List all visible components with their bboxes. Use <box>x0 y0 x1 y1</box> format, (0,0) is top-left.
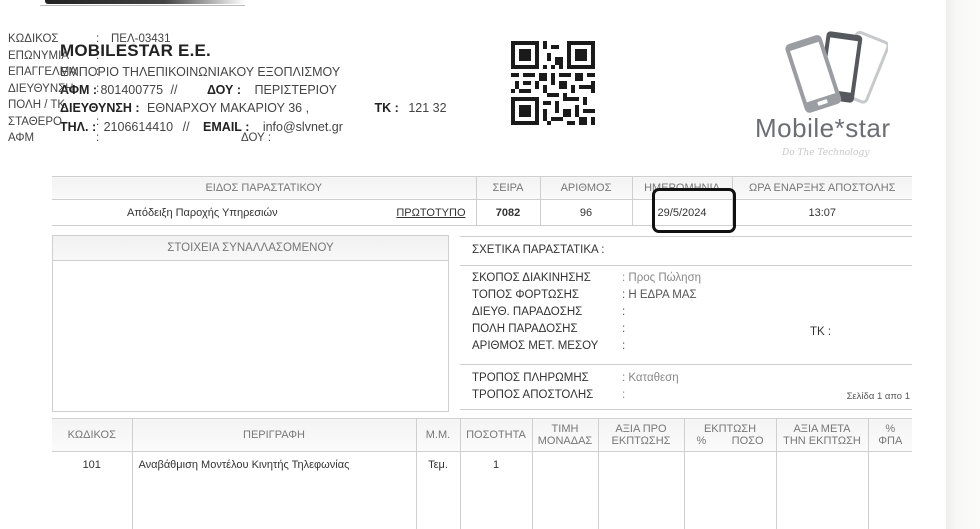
field-label: ΑΡΙΘΜΟΣ ΜΕΤ. ΜΕΣΟΥ <box>472 340 622 357</box>
transport-field: ΠΟΛΗ ΠΑΡΑΔΟΣΗΣ : <box>472 323 701 340</box>
document-type-cell: Απόδειξη Παροχής Υπηρεσιών ΠΡΩΤΟΤΥΠΟ <box>52 200 476 226</box>
col-description: ΠΕΡΙΓΡΑΦΗ <box>132 419 416 452</box>
customer-details-box: ΣΤΟΙΧΕΙΑ ΣΥΝΑΛΛΑΣΟΜΕΝΟΥ <box>52 235 449 412</box>
item-description: Αναβάθμιση Μοντέλου Κινητής Τηλεφωνίας <box>132 452 416 478</box>
customer-phone <box>111 116 231 133</box>
movement-purpose: : Προς Πώληση <box>622 272 701 289</box>
field-label: ΕΠΩΝΥΜΙΑ <box>8 50 96 67</box>
col-unit: Μ.Μ. <box>416 419 460 452</box>
shipping-method: : <box>622 389 625 406</box>
transport-field: ΣΚΟΠΟΣ ΔΙΑΚΙΝΗΣΗΣ : Προς Πώληση <box>472 272 701 289</box>
delivery-tk-label: ΤΚ : <box>810 326 831 338</box>
copy-type: ΠΡΩΤΟΤΥΠΟ <box>396 207 465 219</box>
qr-code-icon <box>511 41 595 125</box>
brand-tagline: Do The Technology <box>782 148 869 158</box>
email-value: info@slvnet.gr <box>263 120 343 134</box>
header-document-type: ΕΙΔΟΣ ΠΑΡΑΣΤΑΤΙΚΟΥ <box>52 177 476 200</box>
document-type: Απόδειξη Παροχής Υπηρεσιών <box>127 207 278 219</box>
tk-value: 121 32 <box>408 101 446 115</box>
customer-address <box>111 83 231 100</box>
customer-field: ΑΦΜ: ΔΟΥ : <box>8 132 271 149</box>
customer-profession <box>111 66 231 83</box>
transport-field: ΔΙΕΥΘ. ΠΑΡΑΔΟΣΗΣ : <box>472 306 701 323</box>
customer-field: ΠΟΛΗ / ΤΚ. <box>8 99 271 116</box>
number-value: 96 <box>540 200 632 226</box>
field-label: ΠΟΛΗ ΠΑΡΑΔΟΣΗΣ <box>472 323 622 340</box>
document-info-values: Απόδειξη Παροχής Υπηρεσιών ΠΡΩΤΟΤΥΠΟ 708… <box>52 200 912 226</box>
field-label: ΔΙΕΥΘ. ΠΑΡΑΔΟΣΗΣ <box>472 306 622 323</box>
payment-details: ΤΡΟΠΟΣ ΠΛΗΡΩΜΗΣ : Καταθεση ΤΡΟΠΟΣ ΑΠΟΣΤΟ… <box>460 364 912 410</box>
scan-edge-mark <box>45 0 245 4</box>
item-code: 101 <box>52 452 132 478</box>
field-label: ΤΡΟΠΟΣ ΑΠΟΣΤΟΛΗΣ <box>472 389 622 406</box>
customer-code: ΠΕΛ-03431 <box>111 33 231 50</box>
line-items-table: ΚΩΔΙΚΟΣ ΠΕΡΙΓΡΑΦΗ Μ.Μ. ΠΟΣΟΤΗΤΑ ΤΙΜΗΜΟΝΑ… <box>52 418 912 529</box>
col-quantity: ΠΟΣΟΤΗΤΑ <box>460 419 532 452</box>
phones-icon <box>778 28 888 114</box>
vehicle-number: : <box>622 340 625 357</box>
related-documents-label: ΣΧΕΤΙΚΑ ΠΑΡΑΣΤΑΤΙΚΑ : <box>472 244 604 256</box>
date-highlight-box <box>652 188 736 233</box>
field-label: ΑΦΜ <box>8 132 96 149</box>
field-label: ΤΡΟΠΟΣ ΠΛΗΡΩΜΗΣ <box>472 372 622 389</box>
transport-details: ΣΚΟΠΟΣ ΔΙΑΚΙΝΗΣΗΣ : Προς Πώληση ΤΟΠΟΣ ΦΟ… <box>472 272 701 357</box>
customer-field: ΕΠΩΝΥΜΙΑ: <box>8 50 271 67</box>
field-label: ΣΤΑΘΕΡΟ <box>8 116 96 133</box>
table-row: 101 Αναβάθμιση Μοντέλου Κινητής Τηλεφωνί… <box>52 452 912 478</box>
field-label: ΔΙΕΥΘΥΝΣΗ <box>8 83 96 100</box>
payment-field: ΤΡΟΠΟΣ ΠΛΗΡΩΜΗΣ : Καταθεση <box>472 372 679 389</box>
header-dispatch-time: ΩΡΑ ΕΝΑΡΞΗΣ ΑΠΟΣΤΟΛΗΣ <box>732 177 912 200</box>
customer-field: ΔΙΕΥΘΥΝΣΗ: <box>8 83 271 100</box>
item-value-before <box>598 452 684 478</box>
tk-label: ΤΚ <box>375 101 392 115</box>
related-documents: ΣΧΕΤΙΚΑ ΠΑΡΑΣΤΑΤΙΚΑ : <box>460 236 912 266</box>
header-series: ΣΕΙΡΑ <box>476 177 540 200</box>
document-info-table: ΕΙΔΟΣ ΠΑΡΑΣΤΑΤΙΚΟΥ ΣΕΙΡΑ ΑΡΙΘΜΟΣ ΗΜΕΡΟΜΗ… <box>52 176 912 226</box>
item-discount <box>684 452 776 478</box>
document-info-header: ΕΙΔΟΣ ΠΑΡΑΣΤΑΤΙΚΟΥ ΣΕΙΡΑ ΑΡΙΘΜΟΣ ΗΜΕΡΟΜΗ… <box>52 177 912 200</box>
page-indicator: Σελίδα 1 απο 1 <box>847 391 910 402</box>
table-row-empty <box>52 477 912 529</box>
header-number: ΑΡΙΘΜΟΣ <box>540 177 632 200</box>
transport-field: ΤΟΠΟΣ ΦΟΡΤΩΣΗΣ : Η ΕΔΡΑ ΜΑΣ <box>472 289 701 306</box>
customer-city <box>111 99 231 116</box>
customer-field: ΚΩΔΙΚΟΣ: ΠΕΛ-03431 <box>8 33 271 50</box>
customer-afm <box>111 132 231 149</box>
field-label: ΕΠΑΓΓΕΛΜΑ <box>8 66 96 83</box>
payment-fields: ΤΡΟΠΟΣ ΠΛΗΡΩΜΗΣ : Καταθεση ΤΡΟΠΟΣ ΑΠΟΣΤΟ… <box>472 372 679 406</box>
item-unit-price <box>532 452 598 478</box>
customer-field: ΕΠΑΓΓΕΛΜΑ: <box>8 66 271 83</box>
item-value-after <box>776 452 868 478</box>
delivery-city: : <box>622 323 625 340</box>
payment-field: ΤΡΟΠΟΣ ΑΠΟΣΤΟΛΗΣ : <box>472 389 679 406</box>
customer-doy-label: ΔΟΥ <box>241 132 265 149</box>
field-label: ΤΟΠΟΣ ΦΟΡΤΩΣΗΣ <box>472 289 622 306</box>
customer-field: ΣΤΑΘΕΡΟ: <box>8 116 271 133</box>
col-discount: ΕΚΠΤΩΣΗ%ΠΟΣΟ <box>684 419 776 452</box>
field-label: ΣΚΟΠΟΣ ΔΙΑΚΙΝΗΣΗΣ <box>472 272 622 289</box>
field-label: ΠΟΛΗ / ΤΚ <box>8 99 96 116</box>
item-vat <box>868 452 912 478</box>
dispatch-time-value: 13:07 <box>732 200 912 226</box>
loading-place: : Η ΕΔΡΑ ΜΑΣ <box>622 289 697 306</box>
field-label: ΚΩΔΙΚΟΣ <box>8 33 96 50</box>
col-vat: %ΦΠΑ <box>868 419 912 452</box>
col-code: ΚΩΔΙΚΟΣ <box>52 419 132 452</box>
item-unit: Τεμ. <box>416 452 460 478</box>
customer-details-title: ΣΤΟΙΧΕΙΑ ΣΥΝΑΛΛΑΣΟΜΕΝΟΥ <box>53 236 448 261</box>
paper-edge <box>946 0 980 529</box>
line-items-header: ΚΩΔΙΚΟΣ ΠΕΡΙΓΡΑΦΗ Μ.Μ. ΠΟΣΟΤΗΤΑ ΤΙΜΗΜΟΝΑ… <box>52 419 912 452</box>
customer-name <box>111 50 231 67</box>
col-value-before-discount: ΑΞΙΑ ΠΡΟΕΚΠΤΩΣΗΣ <box>598 419 684 452</box>
payment-method: : Καταθεση <box>622 372 679 389</box>
delivery-address: : <box>622 306 625 323</box>
item-quantity: 1 <box>460 452 532 478</box>
col-unit-price: ΤΙΜΗΜΟΝΑΔΑΣ <box>532 419 598 452</box>
transport-field: ΑΡΙΘΜΟΣ ΜΕΤ. ΜΕΣΟΥ : <box>472 340 701 357</box>
col-value-after-discount: ΑΞΙΑ ΜΕΤΑΤΗΝ ΕΚΠΤΩΣΗ <box>776 419 868 452</box>
scan-edge-line <box>40 5 245 6</box>
customer-fields: ΚΩΔΙΚΟΣ: ΠΕΛ-03431 ΕΠΩΝΥΜΙΑ: ΕΠΑΓΓΕΛΜΑ: … <box>8 33 271 149</box>
brand-logo-text: Mobile*star <box>755 113 891 144</box>
series-value: 7082 <box>476 200 540 226</box>
